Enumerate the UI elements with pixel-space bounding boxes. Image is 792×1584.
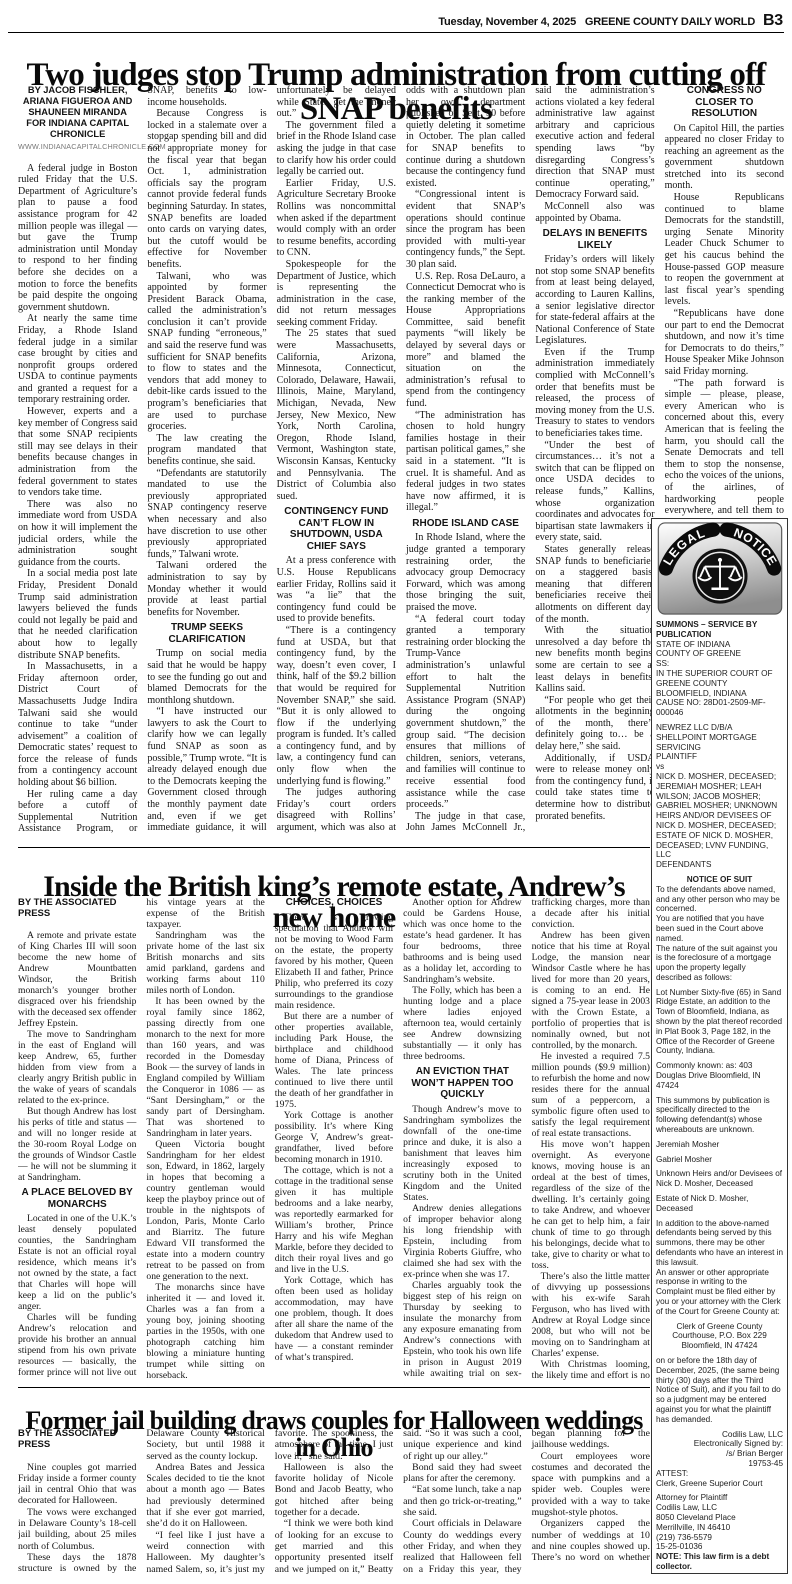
article1-byline-url: WWW.INDIANACAPITALCHRONICLE.COM (18, 141, 137, 153)
paragraph: In Massachusetts, in a Friday afternoon … (18, 661, 137, 789)
paragraph: The move to Sandringham in the east of E… (18, 1029, 136, 1106)
legal-line: Clerk, Greene Superior Court (656, 1479, 783, 1489)
legal-line: Electronically Signed by: (656, 1439, 783, 1449)
legal-line: (219) 736-5579 (656, 1533, 783, 1543)
paragraph: “A federal court today granted a tempora… (406, 614, 525, 811)
article2-body: BY THE ASSOCIATED PRESS A remote and pri… (18, 897, 650, 1384)
paragraph: Court employees wore costumes and decora… (532, 1451, 650, 1519)
paragraph: Nine couples got married Friday inside a… (18, 1462, 136, 1507)
paragraph: House Republicans continued to blame Dem… (665, 192, 784, 308)
legal-line: Codilis Law, LLC (656, 1503, 783, 1513)
section-subhead: RHODE ISLAND CASE (406, 518, 525, 530)
issue-date: Tuesday, November 4, 2025 (438, 16, 576, 28)
paragraph: But there are a number of other properti… (275, 1011, 393, 1110)
section-subhead: AN EVICTION THAT WON’T HAPPEN TOO QUICKL… (403, 1066, 521, 1101)
legal-line: CAUSE NO: 28D01-2509-MF-000046 (656, 698, 783, 718)
paragraph: Earlier Friday, U.S. Agriculture Secreta… (277, 178, 396, 259)
legal-line: Estate of Nick D. Mosher, Deceased (656, 1194, 783, 1214)
paragraph: It has been owned by the royal family si… (146, 996, 264, 1139)
legal-line: BLOOMFIELD, INDIANA (656, 689, 783, 699)
paragraph: “There is a contingency fund at USDA, bu… (277, 625, 396, 787)
legal-line: on or before the 18th day of December, 2… (656, 1356, 783, 1425)
paragraph: Located in one of the U.K.’s least dense… (18, 1213, 136, 1312)
legal-line: In addition to the above-named defendant… (656, 1219, 783, 1268)
paragraph: A federal judge in Boston ruled Friday t… (18, 163, 137, 314)
legal-line: PLAINTIFF (656, 752, 783, 762)
paragraph: Sandringham was the private home of the … (146, 930, 264, 996)
article3-byline: BY THE ASSOCIATED PRESS (18, 1428, 136, 1451)
legal-line: SUMMONS – SERVICE BY PUBLICATION (656, 620, 783, 640)
paragraph: “Republicans have done our part to end t… (665, 308, 784, 378)
legal-line: COUNTY OF GREENE (656, 649, 783, 659)
paragraph: “The administration has chosen to hold h… (406, 410, 525, 514)
paragraph: He invested a required 7.5 million pound… (532, 1051, 650, 1139)
legal-line: IN THE SUPERIOR COURT OF GREENE COUNTY (656, 669, 783, 689)
section-subhead: CONTINGENCY FUND CAN’T FLOW IN SHUTDOWN,… (277, 506, 396, 552)
paragraph: Talwani, who was appointed by former Pre… (147, 271, 266, 433)
paragraph: Because Congress is locked in a stalemat… (147, 108, 266, 270)
paragraph: His move won’t happen overnight. As ever… (532, 1139, 650, 1271)
legal-line: You are notified that you have been sued… (656, 914, 783, 943)
legal-notice-badge-art: LEGAL NOTICE (657, 522, 783, 615)
legal-line: The nature of the suit against you is th… (656, 944, 783, 983)
paragraph: With the situation unresolved a day befo… (535, 625, 654, 695)
paragraph: In a social media post late Friday, Pres… (18, 568, 137, 661)
masthead: Tuesday, November 4, 2025 GREENE COUNTY … (438, 12, 783, 30)
legal-line: /s/ Brian Berger (656, 1449, 783, 1459)
paragraph: Additionally, if USDA were to release mo… (535, 753, 654, 823)
paragraph: Bond said they had sweet plans for after… (403, 1462, 521, 1485)
legal-line: 15-25-01036 (656, 1542, 783, 1552)
paragraph: The Folly, which has been a hunting lodg… (403, 985, 521, 1062)
paragraph: Spokespeople for the Department of Justi… (277, 259, 396, 329)
paragraph: Trump on social media said that he would… (147, 648, 266, 706)
paragraph: Queen Victoria bought Sandringham for he… (146, 1139, 264, 1282)
legal-line: Clerk of Greene County Courthouse, P.O. … (656, 1322, 783, 1351)
legal-line: SS: (656, 659, 783, 669)
article2-rule (18, 847, 650, 848)
paragraph: McConnell also was appointed by Obama. (535, 201, 654, 224)
paragraph: But though Andrew has lost his perks of … (18, 1106, 136, 1183)
paragraph: There’s also the little matter of divvyi… (532, 1271, 650, 1359)
legal-line: Jeremiah Mosher (656, 1140, 783, 1150)
paragraph: Friday’s orders will likely not stop som… (535, 254, 654, 347)
legal-line: To the defendants above named, and any o… (656, 885, 783, 914)
paragraph: However, experts and a key member of Con… (18, 406, 137, 499)
legal-line: vs (656, 762, 783, 772)
paragraph: “For people who get their allotments in … (535, 695, 654, 753)
legal-notice-text: SUMMONS – SERVICE BY PUBLICATIONSTATE OF… (656, 620, 783, 1572)
paragraph: States generally release SNAP funds to b… (535, 544, 654, 625)
paragraph: There was also no immediate word from US… (18, 499, 137, 569)
legal-line: Attorney for Plaintiff (656, 1493, 783, 1503)
paragraph: Andrew has been given notice that his ti… (532, 930, 650, 1051)
paragraph: Talwani ordered the administration to sa… (147, 560, 266, 618)
article3-body: BY THE ASSOCIATED PRESS Nine couples got… (18, 1428, 650, 1584)
paragraph: A remote and private estate of King Char… (18, 930, 136, 1029)
paragraph: There is growing speculation that Andrew… (275, 912, 393, 1011)
article2-byline: BY THE ASSOCIATED PRESS (18, 897, 136, 919)
legal-line: ATTEST: (656, 1469, 783, 1479)
publication-name: GREENE COUNTY DAILY WORLD (585, 16, 755, 28)
paragraph: The cottage, which is not a cottage in t… (275, 1165, 393, 1275)
section-subhead: CONGRESS NO CLOSER TO RESOLUTION (665, 85, 784, 120)
paragraph: At nearly the same time Friday, a Rhode … (18, 313, 137, 406)
page-number: B3 (763, 12, 783, 29)
section-subhead: A PLACE BELOVED BY MONARCHS (18, 1187, 136, 1210)
legal-line: NOTE: This law firm is a debt collector. (656, 1552, 783, 1572)
legal-notice-badge: LEGAL NOTICE (657, 522, 783, 615)
section-subhead: CHOICES, CHOICES (275, 897, 393, 909)
paragraph: U.S. Rep. Rosa DeLauro, a Connecticut De… (406, 271, 525, 410)
paragraph: Andrea Bates and Jessica Scales decided … (146, 1462, 264, 1530)
paragraph: The government filed a brief in the Rhod… (277, 120, 396, 178)
paragraph: The 25 states that sued were Massachuset… (277, 328, 396, 502)
paragraph: Halloween is also the favorite holiday o… (275, 1462, 393, 1518)
legal-line: Codilis Law, LLC (656, 1430, 783, 1440)
legal-line: NEWREZ LLC D/B/A SHELLPOINT MORTGAGE SER… (656, 723, 783, 752)
legal-line: 8050 Cleveland Place (656, 1513, 783, 1523)
paragraph: “Defendants are statutorily mandated to … (147, 468, 266, 561)
legal-line: Unknown Heirs and/or Devisees of Nick D.… (656, 1169, 783, 1189)
paragraph: Another option for Andrew could be Garde… (403, 897, 521, 985)
paragraph: “The path forward is simple — please, pl… (665, 378, 784, 540)
paragraph: On Capitol Hill, the parties appeared no… (665, 123, 784, 193)
article1-byline: BY JACOB FISCHLER, ARIANA FIGUEROA AND S… (18, 85, 137, 140)
paragraph: “Eat some lunch, take a nap and then go … (403, 1484, 521, 1518)
paragraph: The vows were exchanged in Delaware Coun… (18, 1507, 136, 1552)
legal-line: NICK D. MOSHER, DECEASED; JEREMIAH MOSHE… (656, 772, 783, 860)
paragraph: The law creating the program mandated th… (147, 433, 266, 468)
legal-line: Merrillville, IN 46410 (656, 1523, 783, 1533)
legal-line: Lot Number Sixty-five (65) in Sand Ridge… (656, 988, 783, 1057)
masthead-rule (8, 32, 784, 33)
section-subhead: TRUMP SEEKS CLARIFICATION (147, 622, 266, 645)
paragraph: Andrew denies allegations of improper be… (403, 1203, 521, 1280)
paragraph: York Cottage is another possibility. It’… (275, 1110, 393, 1165)
legal-line: 19753-45 (656, 1459, 783, 1469)
paragraph: “Under the best of circumstances… it’s n… (535, 440, 654, 544)
paragraph: “Congressional intent is evident that SN… (406, 189, 525, 270)
paragraph: At a press conference with U.S. House Re… (277, 555, 396, 625)
legal-line: This summons by publication is specifica… (656, 1096, 783, 1135)
legal-line: STATE OF INDIANA (656, 640, 783, 650)
newspaper-page: Tuesday, November 4, 2025 GREENE COUNTY … (0, 0, 792, 1584)
legal-line: Gabriel Mosher (656, 1155, 783, 1165)
paragraph: Though Andrew’s move to Sandringham symb… (403, 1104, 521, 1203)
paragraph: The monarchs since have inherited it — a… (146, 1282, 264, 1381)
section-subhead: DELAYS IN BENEFITS LIKELY (535, 228, 654, 251)
article3-rule (18, 1387, 650, 1388)
legal-line: An answer or other appropriate response … (656, 1268, 783, 1317)
paragraph: In Rhode Island, where the judge granted… (406, 532, 525, 613)
paragraph: York Cottage, which has often been used … (275, 1275, 393, 1363)
legal-line: DEFENDANTS (656, 860, 783, 870)
paragraph: Even if the Trump administration immedia… (535, 347, 654, 440)
legal-line: Commonly known: as: 403 Douglas Drive Bl… (656, 1061, 783, 1090)
legal-notice-ad: LEGAL NOTICE SUMMONS – SERVICE BY PUBLIC… (651, 518, 788, 1574)
legal-line: NOTICE OF SUIT (656, 875, 783, 885)
